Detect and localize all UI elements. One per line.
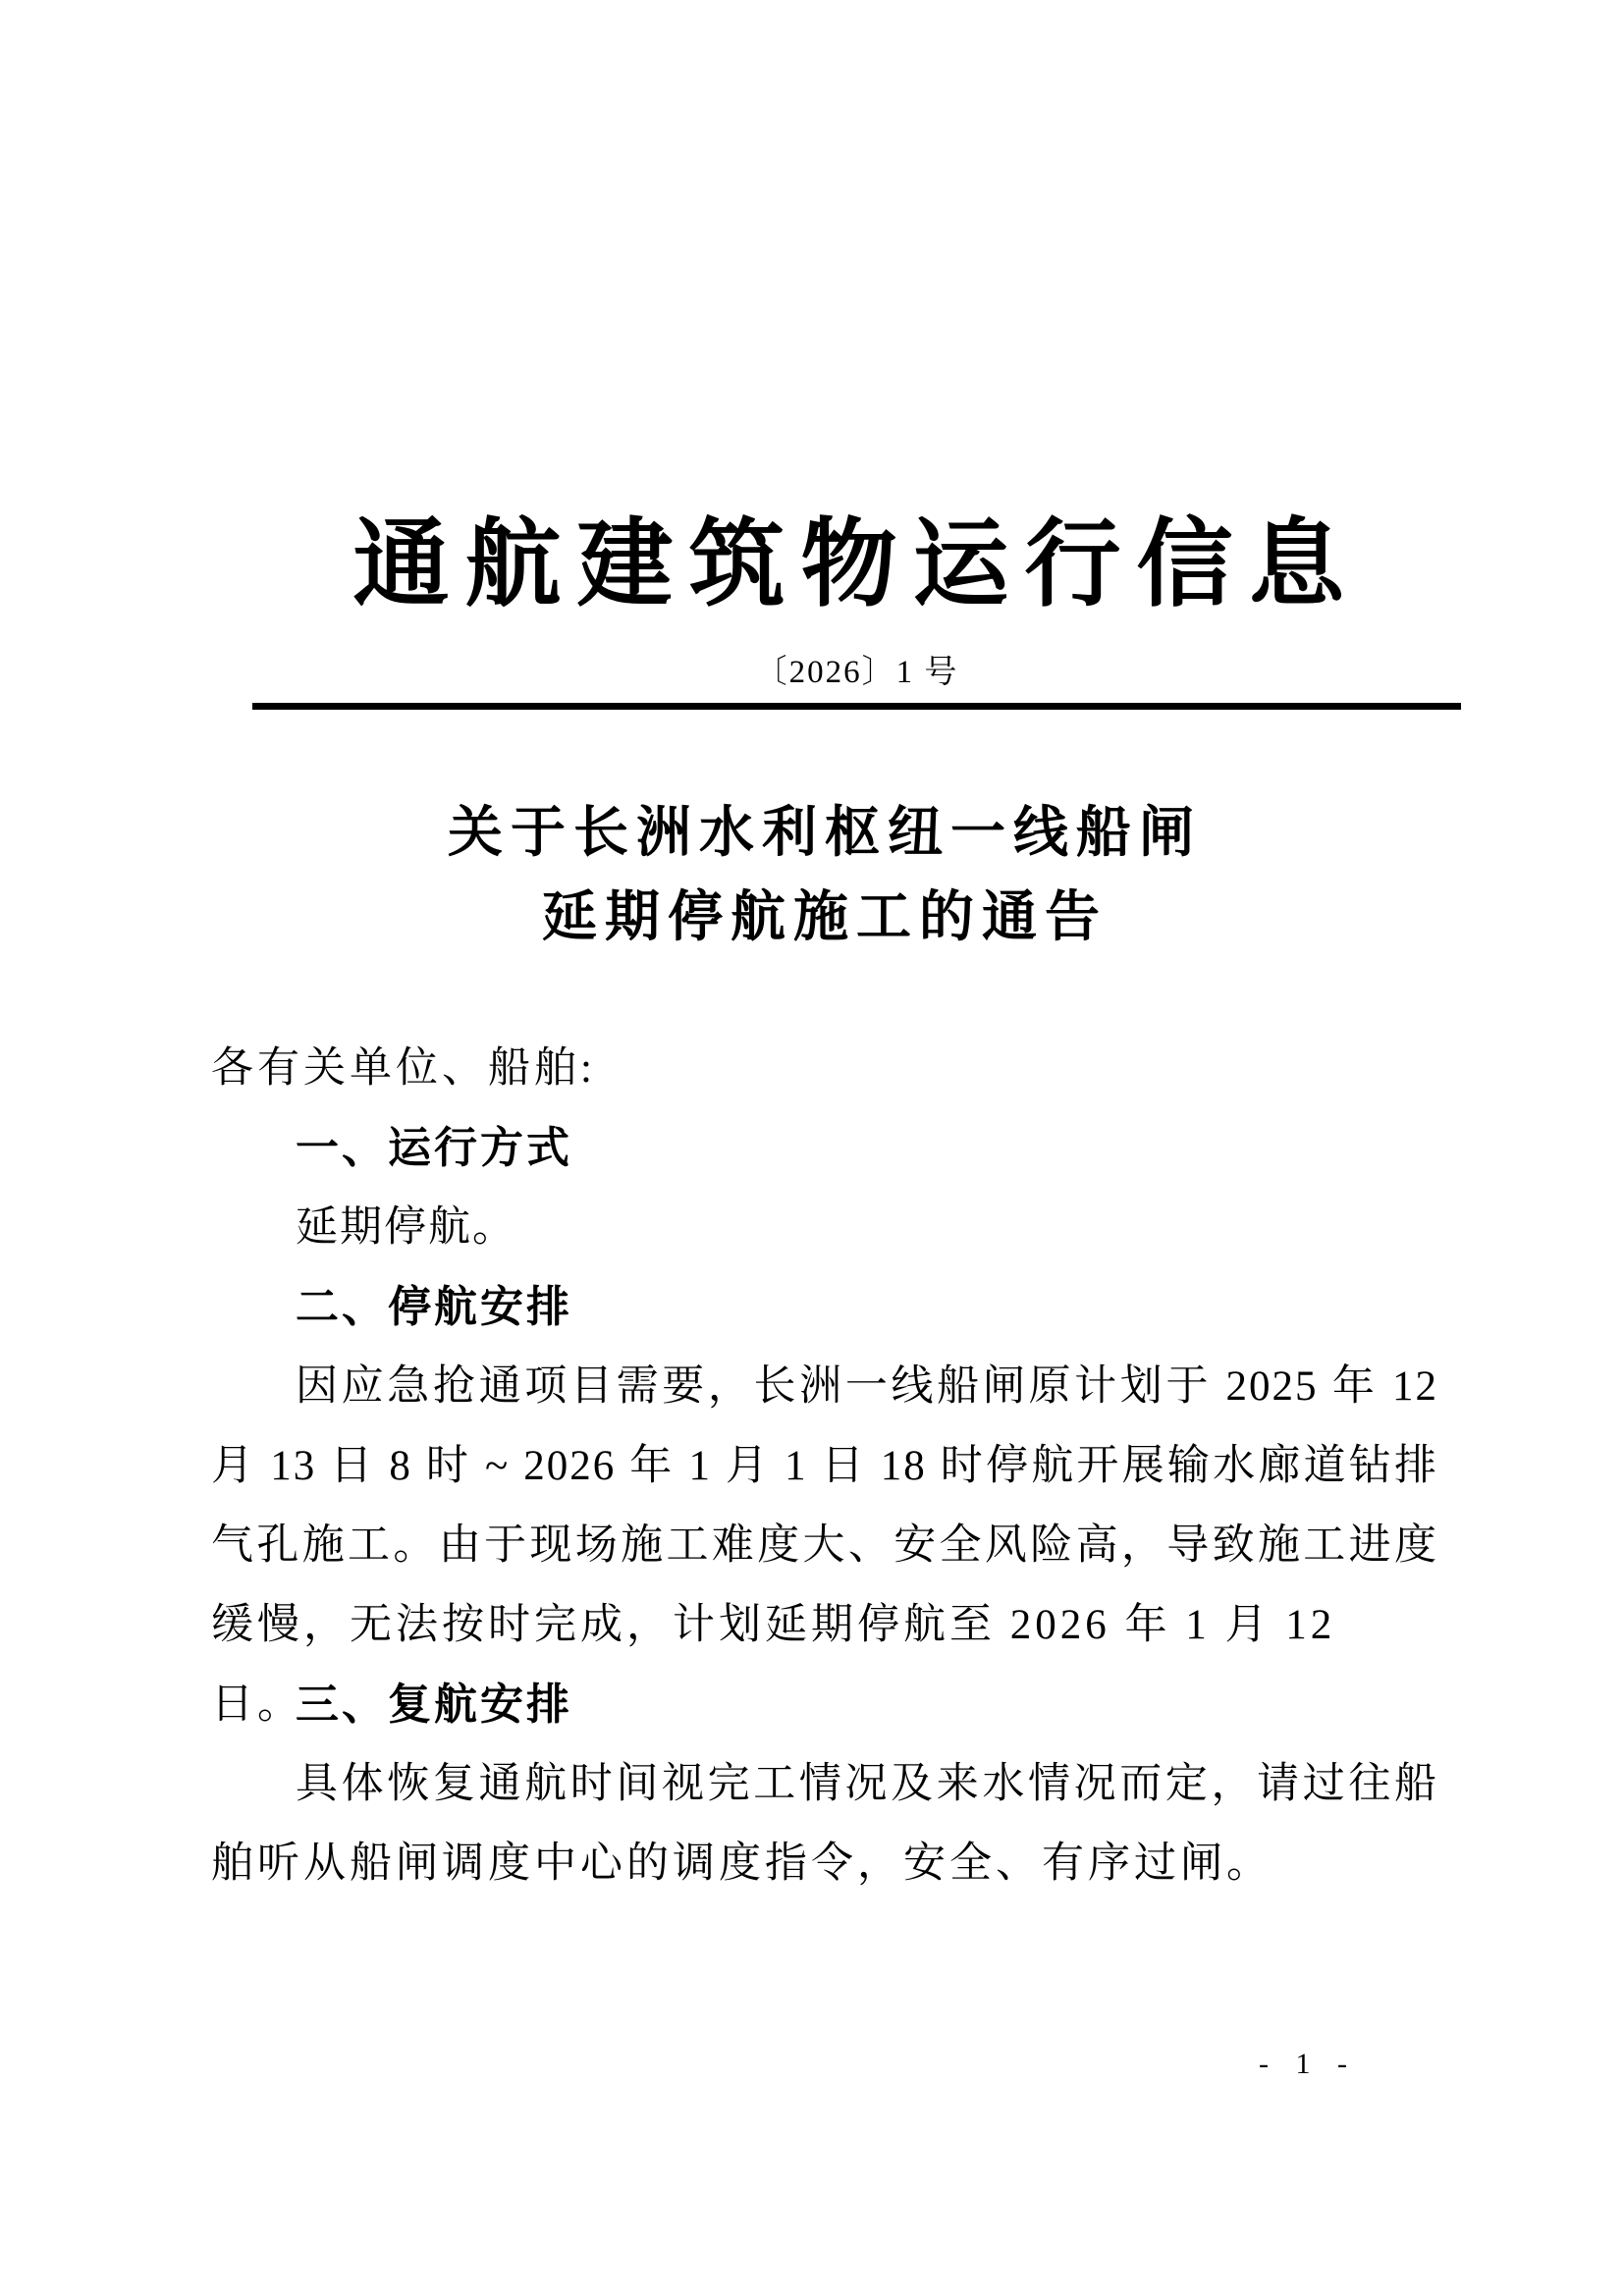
- divider-rule: [252, 703, 1461, 710]
- masthead-title: 通航建筑物运行信息: [252, 487, 1461, 625]
- body-line: 月 13 日 8 时 ~ 2026 年 1 月 1 日 18 时停航开展输水廊道…: [211, 1426, 1438, 1506]
- body-line: 舶听从船闸调度中心的调度指令，安全、有序过闸。: [211, 1824, 1438, 1903]
- body-line: 因应急抢通项目需要，长洲一线船闸原计划于 2025 年 12: [211, 1347, 1438, 1426]
- body-lines: 各有关单位、船舶:一、运行方式延期停航。二、停航安排因应急抢通项目需要，长洲一线…: [211, 1029, 1438, 1903]
- notice-title: 关于长洲水利枢纽一线船闸 延期停航施工的通告: [211, 791, 1438, 960]
- section-heading: 二、停航安排: [211, 1267, 1438, 1347]
- body-line: 延期停航。: [211, 1188, 1438, 1267]
- body-line: 各有关单位、船舶:: [211, 1029, 1438, 1108]
- issue-number: 〔2026〕1 号: [252, 646, 1461, 692]
- body-line: 气孔施工。由于现场施工难度大、安全风险高，导致施工进度: [211, 1506, 1438, 1585]
- section-heading: 一、运行方式: [211, 1108, 1438, 1188]
- document-page: 通航建筑物运行信息 〔2026〕1 号 关于长洲水利枢纽一线船闸 延期停航施工的…: [0, 0, 1624, 2296]
- notice-title-line1: 关于长洲水利枢纽一线船闸: [211, 791, 1438, 876]
- body-line: 具体恢复通航时间视完工情况及来水情况而定，请过往船: [211, 1744, 1438, 1824]
- page-number: - 1 -: [1259, 2048, 1357, 2081]
- notice-title-line2: 延期停航施工的通告: [211, 876, 1438, 960]
- body-line: 缓慢，无法按时完成，计划延期停航至 2026 年 1 月 12 日。: [211, 1585, 1438, 1665]
- section-heading: 三、复航安排: [211, 1665, 1438, 1744]
